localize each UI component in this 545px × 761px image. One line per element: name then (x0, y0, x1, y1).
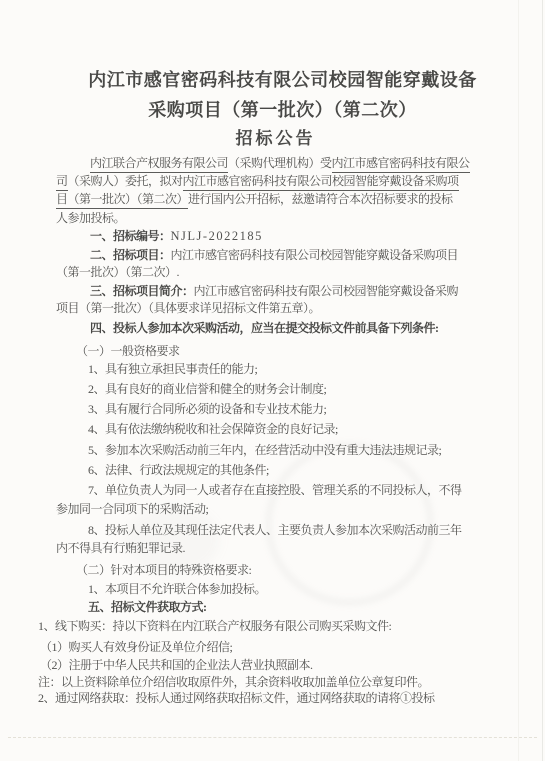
general-item-7-line-1: 7、单位负责人为同一人或者存在直接控股、管理关系的不同投标人，不得 (88, 484, 462, 496)
section-2-label: 二、招标项目： (90, 248, 171, 262)
general-item-2: 2、具有良好的商业信誉和健全的财务会计制度; (88, 383, 326, 395)
general-item-5: 5、参加本次采购活动前三年内，在经营活动中没有重大违法违规记录; (88, 444, 441, 456)
purchaser-name-part2: 司 (56, 174, 68, 191)
intro-line-1: 内江联合产权服务有限公司（采购代理机构）受内江市感官密码科技有限公 (90, 157, 470, 169)
project-name-part1: 内江市感官密码科技有限公司校园智能穿戴设备采购项 (183, 174, 459, 191)
general-item-6: 6、法律、行政法规规定的其他条件; (88, 464, 269, 476)
section-2-text: 内江市感官密码科技有限公司校园智能穿戴设备采购项目 (171, 248, 459, 262)
intro-line-2: 司（采购人）委托，拟对内江市感官密码科技有限公司校园智能穿戴设备采购项 (56, 175, 459, 187)
section-5-line-2: （1）购买人有效身份证及单位介绍信; (40, 641, 232, 653)
section-2-line-2: （第一批次）（第二次）. (56, 266, 179, 278)
intro-line-4: 人参加投标。 (56, 212, 125, 224)
general-item-8-line-1: 8、投标人单位及其现任法定代表人、主要负责人参加本次采购活动前三年 (88, 524, 462, 536)
general-item-7-line-2: 参加同一合同项下的采购活动; (56, 503, 208, 515)
general-requirements-heading: （一）一般资格要求 (76, 345, 180, 357)
section-4-conditions: 四、投标人参加本次采购活动，应当在提交投标文件前具备下列条件: (90, 322, 439, 334)
section-3-brief: 三、招标项目简介：内江市感官密码科技有限公司校园智能穿戴设备采购 (90, 285, 458, 297)
section-5-line-3: （2）注册于中华人民共和国的企业法人营业执照副本. (40, 659, 313, 671)
general-item-3: 3、具有履行合同所必须的设备和专业技术能力; (88, 403, 326, 415)
general-item-1: 1、具有独立承担民事责任的能力; (88, 363, 257, 375)
section-3-line-2: 项目（第一批次）（具体要求详见招标文件第五章）。 (56, 302, 320, 314)
intro-text: （采购人）委托，拟对 (68, 174, 183, 188)
document-heading: 招标公告 (3, 130, 545, 147)
section-2-project: 二、招标项目：内江市感官密码科技有限公司校园智能穿戴设备采购项目 (90, 249, 458, 261)
general-item-8-line-2: 内不得具有行贿犯罪记录. (56, 542, 185, 554)
agency-name: 内江联合产权服务有限公司 (90, 156, 228, 173)
general-item-4: 4、具有依法缴纳税收和社会保障资金的良好记录; (88, 423, 338, 435)
intro-text: （采购代理机构）受 (228, 156, 332, 170)
scanned-document-page: 内江市感官密码科技有限公司校园智能穿戴设备 采购项目（第一批次）（第二次） 招标… (0, 0, 545, 761)
section-5-line-5: 2、通过网络获取：投标人通过网络获取招标文件，通过网络获取的请将①投标 (38, 692, 435, 704)
section-1-label: 一、招标编号： (90, 229, 171, 243)
bid-number-value: NJLJ-2022185 (171, 229, 263, 243)
document-title-line-1: 内江市感官密码科技有限公司校园智能穿戴设备 (10, 71, 545, 89)
special-requirements-heading: （二）针对本项目的特殊资格要求: (76, 564, 251, 576)
document-title-line-2: 采购项目（第一批次）（第二次） (10, 101, 545, 119)
special-item-1: 1、本项目不允许联合体参加投标。 (88, 583, 266, 595)
purchaser-name-part1: 内江市感官密码科技有限公 (332, 156, 470, 173)
section-5-obtain-documents: 五、招标文件获取方式: (88, 601, 207, 613)
intro-text: 进行国内公开招标，兹邀请符合本次招标要求的投标 (188, 192, 453, 206)
section-3-text: 内江市感官密码科技有限公司校园智能穿戴设备采购 (194, 284, 459, 298)
intro-line-3: 目（第一批次）（第二次）进行国内公开招标，兹邀请符合本次招标要求的投标 (56, 193, 453, 205)
project-name-part2: 目（第一批次）（第二次） (56, 192, 188, 209)
section-1-bid-number: 一、招标编号：NJLJ-2022185 (90, 230, 263, 242)
page-fold-line (8, 737, 537, 738)
section-5-note: 注：以上资料除单位介绍信收取原件外，其余资料收取加盖单位公章复印件。 (38, 676, 429, 688)
section-3-label: 三、招标项目简介： (90, 284, 194, 298)
section-5-line-1: 1、线下购买：持以下资料在内江联合产权服务有限公司购买采购文件: (38, 620, 391, 632)
